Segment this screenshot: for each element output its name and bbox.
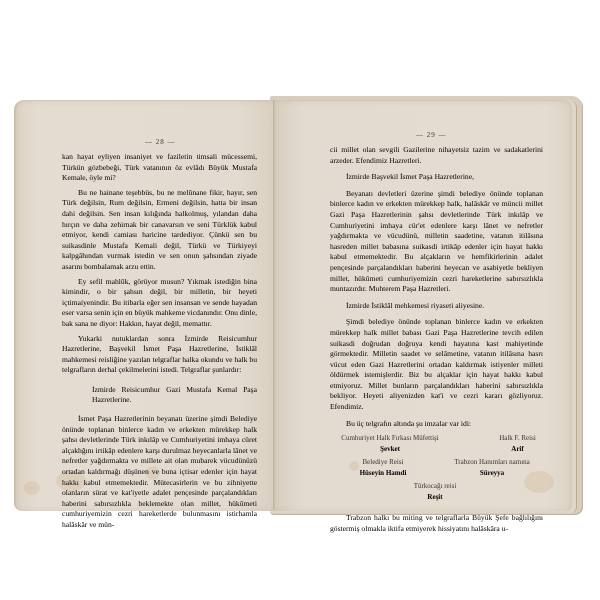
telegram-address: İzmirde Reisicumhur Gazi Mustafa Kemal P… bbox=[62, 385, 257, 406]
signature-name: Reşit bbox=[390, 492, 480, 503]
telegram-body: İsmet Paşa Hazretlerinin beyanatı üzerin… bbox=[62, 414, 257, 531]
foxing-stain bbox=[24, 481, 40, 495]
closing-paragraph: Trabzon halkı bu miting ve telgraflarla … bbox=[330, 513, 543, 534]
paragraph: kan hayat eyliyen insaniyet ve faziletin… bbox=[62, 152, 257, 184]
paragraph: cii millet olan sevgili Gazilerine nihay… bbox=[330, 145, 543, 166]
telegram-address: İzmirde İstiklâl mehkemesi riyaseti aliy… bbox=[330, 301, 543, 312]
page-number-left: — 28 — bbox=[145, 138, 176, 146]
telegram-address: İzmirde Başvekil İsmet Paşa Hazretlerine… bbox=[330, 172, 543, 183]
telegram-body: Beyanatı devletleri üzerine şimdi beledi… bbox=[330, 189, 543, 295]
paragraph: Yukarki nutuklardan sonra İzmirde Reisic… bbox=[62, 334, 257, 376]
signature-block: Cumhuriyet Halk Fırkası Müfettişi Şevket… bbox=[330, 433, 543, 505]
signature-name: Şevket bbox=[330, 444, 450, 455]
signature: Belediye Reisi Hüseyin Hamdi bbox=[338, 457, 428, 478]
signature-title: Trabzon Hanımları namına bbox=[440, 457, 544, 468]
signature-title: Cumhuriyet Halk Fırkası Müfettişi bbox=[330, 433, 450, 444]
signature-name: Arif bbox=[490, 444, 545, 455]
right-page-text: cii millet olan sevgili Gazilerine nihay… bbox=[330, 145, 543, 534]
signature-title: Halk F. Reisi bbox=[490, 433, 545, 444]
signature: Cumhuriyet Halk Fırkası Müfettişi Şevket bbox=[330, 433, 450, 454]
signatures-intro: Bu üç telgrafın altında şu imzalar var i… bbox=[330, 419, 543, 430]
paragraph: Ey sefil mahlûk, görüyor musun? Yıkmak i… bbox=[62, 277, 257, 330]
signature: Halk F. Reisi Arif bbox=[490, 433, 545, 454]
signature-name: Hüseyin Hamdi bbox=[338, 468, 428, 479]
open-book: — 28 — — 29 — kan hayat eyliyen insaniye… bbox=[0, 0, 600, 600]
page-number-right: — 29 — bbox=[416, 131, 447, 139]
signature: Türkocağı reisi Reşit bbox=[390, 481, 480, 502]
paragraph: Bu ne hainane teşebbüs, bu ne melûnane f… bbox=[62, 188, 257, 273]
signature-title: Belediye Reisi bbox=[338, 457, 428, 468]
telegram-body: Şimdi belediye önünde toplanan binlerce … bbox=[330, 317, 543, 412]
signature-name: Süreyya bbox=[440, 468, 544, 479]
left-page-text: kan hayat eyliyen insaniyet ve faziletin… bbox=[62, 152, 257, 531]
signature-title: Türkocağı reisi bbox=[390, 481, 480, 492]
signature: Trabzon Hanımları namına Süreyya bbox=[440, 457, 544, 478]
book-gutter bbox=[273, 100, 275, 510]
